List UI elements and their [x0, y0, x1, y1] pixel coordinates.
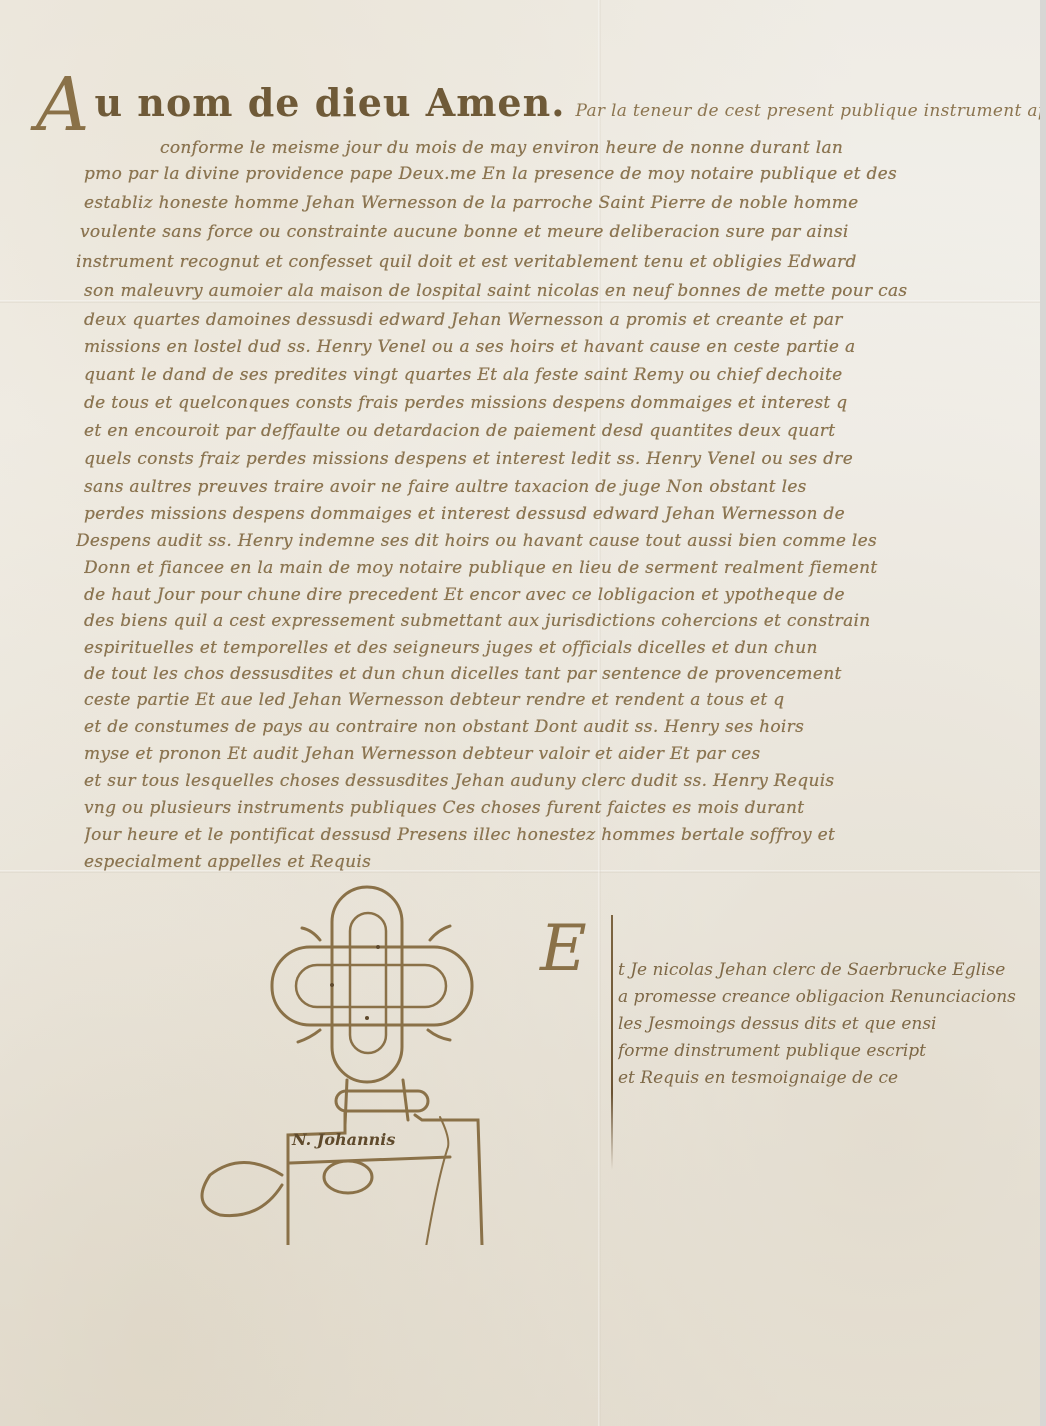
- text-line: Despens audit ss. Henry indemne ses dit …: [76, 531, 1040, 551]
- notary-name-label: N. Johannis: [292, 1130, 395, 1149]
- text-line: voulente sans force ou constrainte aucun…: [80, 222, 1040, 242]
- text-line: Donn et fiancee en la main de moy notair…: [84, 558, 1040, 578]
- text-line: son maleuvry aumoier ala maison de lospi…: [84, 281, 1040, 301]
- text-line: vng ou plusieurs instruments publiques C…: [84, 798, 1040, 818]
- text-line: pmo par la divine providence pape Deux.m…: [84, 164, 1040, 184]
- subscription-line: forme dinstrument publique escript: [618, 1041, 1040, 1061]
- text-line: ceste partie Et aue led Jehan Wernesson …: [84, 690, 1040, 710]
- text-line: sans aultres preuves traire avoir ne fai…: [84, 477, 1040, 497]
- document-heading: Au nom de dieu Amen.Par la teneur de ces…: [36, 62, 1046, 148]
- text-line: instrument recognut et confesset quil do…: [76, 252, 1040, 272]
- text-line: especialment appelles et Requis: [84, 852, 684, 872]
- text-line: missions en lostel dud ss. Henry Venel o…: [84, 337, 1040, 357]
- subscription-line: et Requis en tesmoignaige de ce: [618, 1068, 1040, 1088]
- text-line: des biens quil a cest expressement subme…: [84, 611, 1040, 631]
- heading-continuation: Par la teneur de cest present publique i…: [575, 101, 1046, 121]
- fold-crease: [598, 0, 601, 1426]
- subscription-initial: E: [540, 912, 587, 986]
- text-line: et en encouroit par deffaulte ou detarda…: [84, 421, 1040, 441]
- scan-margin-strip: [1040, 0, 1046, 1426]
- subscription-line: les Jesmoings dessus dits et que ensi: [618, 1014, 1040, 1034]
- text-line: de haut Jour pour chune dire precedent E…: [84, 585, 1040, 605]
- decorated-initial: A: [36, 62, 90, 148]
- notarial-sign-knot-icon: [200, 885, 520, 1245]
- invocation-title: u nom de dieu Amen.: [94, 80, 565, 125]
- subscription-margin-rule: [611, 915, 613, 1170]
- text-line: Jour heure et le pontificat dessusd Pres…: [84, 825, 1040, 845]
- text-line: establiz honeste homme Jehan Wernesson d…: [84, 193, 1040, 213]
- text-line: quant le dand de ses predites vingt quar…: [84, 365, 1040, 385]
- text-line: et sur tous lesquelles choses dessusdite…: [84, 771, 1040, 791]
- subscription-line: a promesse creance obligacion Renunciaci…: [618, 987, 1040, 1007]
- text-line: espirituelles et temporelles et des seig…: [84, 638, 1040, 658]
- text-line: conforme le meisme jour du mois de may e…: [160, 138, 1040, 158]
- text-line: de tous et quelconques consts frais perd…: [84, 393, 1040, 413]
- text-line: et de constumes de pays au contraire non…: [84, 717, 1040, 737]
- text-line: deux quartes damoines dessusdi edward Je…: [84, 310, 1040, 330]
- text-line: perdes missions despens dommaiges et int…: [84, 504, 1040, 524]
- subscription-line: t Je nicolas Jehan clerc de Saerbrucke E…: [618, 960, 1040, 980]
- text-line: quels consts fraiz perdes missions despe…: [84, 449, 1040, 469]
- text-line: myse et pronon Et audit Jehan Wernesson …: [84, 744, 1040, 764]
- text-line: de tout les chos dessusdites et dun chun…: [84, 664, 1040, 684]
- parchment-page: Au nom de dieu Amen.Par la teneur de ces…: [0, 0, 1040, 1426]
